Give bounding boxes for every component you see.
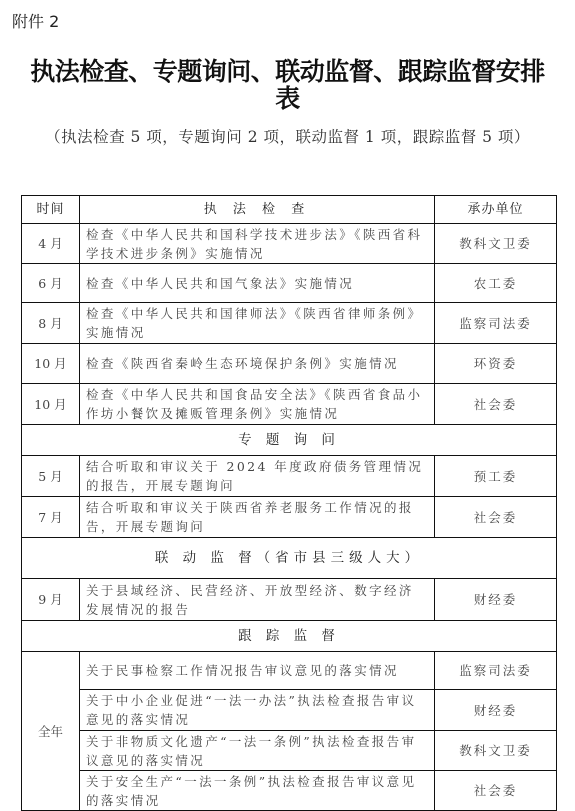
section-row-special-inquiry: 专 题 询 问 <box>22 425 557 456</box>
row-content: 结合听取和审议关于陕西省养老服务工作情况的报告，开展专题询问 <box>80 497 435 538</box>
table-row: 8 月 检查《中华人民共和国律师法》《陕西省律师条例》实施情况 监察司法委 <box>22 303 557 344</box>
section-row-follow-up: 跟 踪 监 督 <box>22 621 557 652</box>
table-row: 5 月 结合听取和审议关于 2024 年度政府债务管理情况的报告，开展专题询问 … <box>22 456 557 497</box>
row-unit: 农工委 <box>435 264 557 303</box>
row-content: 检查《中华人民共和国科学技术进步法》《陕西省科学技术进步条例》实施情况 <box>80 224 435 264</box>
header-unit: 承办单位 <box>435 196 557 224</box>
row-content: 结合听取和审议关于 2024 年度政府债务管理情况的报告，开展专题询问 <box>80 456 435 497</box>
table-row: 7 月 结合听取和审议关于陕西省养老服务工作情况的报告，开展专题询问 社会委 <box>22 497 557 538</box>
table-row: 10 月 检查《陕西省秦岭生态环境保护条例》实施情况 环资委 <box>22 344 557 384</box>
row-unit: 监察司法委 <box>435 652 557 690</box>
section-title: 跟 踪 监 督 <box>22 621 557 652</box>
header-content: 执 法 检 查 <box>80 196 435 224</box>
title-line-2: 表 <box>0 85 575 112</box>
row-content: 关于安全生产“一法一条例”执法检查报告审议意见的落实情况 <box>80 771 435 811</box>
row-unit: 社会委 <box>435 497 557 538</box>
row-content: 关于中小企业促进“一法一办法”执法检查报告审议意见的落实情况 <box>80 690 435 731</box>
schedule-table: 时间 执 法 检 查 承办单位 4 月 检查《中华人民共和国科学技术进步法》《陕… <box>21 195 557 811</box>
row-time: 10 月 <box>22 344 80 384</box>
attachment-label: 附件 2 <box>12 9 59 32</box>
table-header-row: 时间 执 法 检 查 承办单位 <box>22 196 557 224</box>
section-title: 专 题 询 问 <box>22 425 557 456</box>
row-content: 检查《中华人民共和国气象法》实施情况 <box>80 264 435 303</box>
table-row: 关于安全生产“一法一条例”执法检查报告审议意见的落实情况 社会委 <box>22 771 557 811</box>
row-unit: 财经委 <box>435 690 557 731</box>
section-row-joint-supervision: 联 动 监 督（省市县三级人大） <box>22 538 557 579</box>
row-unit: 社会委 <box>435 771 557 811</box>
row-unit: 社会委 <box>435 384 557 425</box>
row-content: 检查《陕西省秦岭生态环境保护条例》实施情况 <box>80 344 435 384</box>
row-content: 关于民事检察工作情况报告审议意见的落实情况 <box>80 652 435 690</box>
table-row: 6 月 检查《中华人民共和国气象法》实施情况 农工委 <box>22 264 557 303</box>
document-title: 执法检查、专题询问、联动监督、跟踪监督安排 表 <box>0 58 575 112</box>
row-content: 检查《中华人民共和国律师法》《陕西省律师条例》实施情况 <box>80 303 435 344</box>
header-time: 时间 <box>22 196 80 224</box>
row-content: 关于县域经济、民营经济、开放型经济、数字经济发展情况的报告 <box>80 579 435 621</box>
table-row: 4 月 检查《中华人民共和国科学技术进步法》《陕西省科学技术进步条例》实施情况 … <box>22 224 557 264</box>
table-row: 10 月 检查《中华人民共和国食品安全法》《陕西省食品小作坊小餐饮及摊贩管理条例… <box>22 384 557 425</box>
row-unit: 教科文卫委 <box>435 731 557 771</box>
row-time: 全年 <box>22 652 80 811</box>
row-time: 6 月 <box>22 264 80 303</box>
document-subtitle: （执法检查 5 项，专题询问 2 项，联动监督 1 项，跟踪监督 5 项） <box>0 125 575 147</box>
row-time: 5 月 <box>22 456 80 497</box>
row-unit: 财经委 <box>435 579 557 621</box>
row-unit: 教科文卫委 <box>435 224 557 264</box>
row-unit: 环资委 <box>435 344 557 384</box>
row-time: 9 月 <box>22 579 80 621</box>
table-row: 关于中小企业促进“一法一办法”执法检查报告审议意见的落实情况 财经委 <box>22 690 557 731</box>
table-row: 9 月 关于县域经济、民营经济、开放型经济、数字经济发展情况的报告 财经委 <box>22 579 557 621</box>
table-row: 全年 关于民事检察工作情况报告审议意见的落实情况 监察司法委 <box>22 652 557 690</box>
row-time: 7 月 <box>22 497 80 538</box>
row-time: 10 月 <box>22 384 80 425</box>
row-time: 8 月 <box>22 303 80 344</box>
row-content: 关于非物质文化遗产“一法一条例”执法检查报告审议意见的落实情况 <box>80 731 435 771</box>
row-unit: 预工委 <box>435 456 557 497</box>
row-time: 4 月 <box>22 224 80 264</box>
table-row: 关于非物质文化遗产“一法一条例”执法检查报告审议意见的落实情况 教科文卫委 <box>22 731 557 771</box>
row-content: 检查《中华人民共和国食品安全法》《陕西省食品小作坊小餐饮及摊贩管理条例》实施情况 <box>80 384 435 425</box>
section-title: 联 动 监 督（省市县三级人大） <box>22 538 557 579</box>
row-unit: 监察司法委 <box>435 303 557 344</box>
title-line-1: 执法检查、专题询问、联动监督、跟踪监督安排 <box>0 58 575 85</box>
